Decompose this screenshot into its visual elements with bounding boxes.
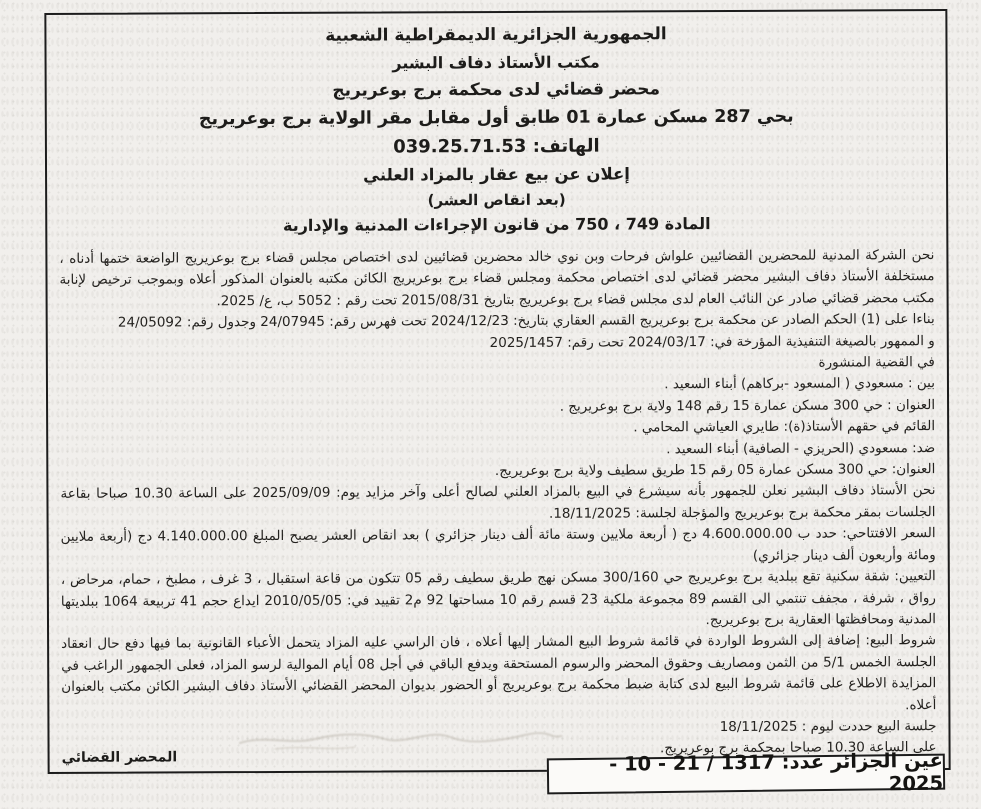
scanned-document-page: الجمهورية الجزائرية الديمقراطية الشعبية … xyxy=(0,0,981,809)
bailiff-court-line: محضر قضائي لدى محكمة برج بوعريريج xyxy=(59,80,934,101)
paragraph-sale-conditions: شروط البيع: إضافة إلى الشروط الواردة في … xyxy=(61,630,936,719)
phone-line: الهاتف: 039.25.71.53 xyxy=(59,136,934,158)
tenth-reduction-subtitle: (بعد انقاص العشر) xyxy=(59,191,934,210)
document-body: نحن الشركة المدنية للمحضرين القضائيين عل… xyxy=(59,245,936,763)
republic-title: الجمهورية الجزائرية الديمقراطية الشعبية xyxy=(58,19,933,46)
document-header: الجمهورية الجزائرية الديمقراطية الشعبية … xyxy=(58,19,934,235)
paragraph-executive-form: و الممهور بالصيغة التنفيذية المؤرخة في: … xyxy=(60,331,935,356)
office-title: مكتب الأستاذ دفاف البشير xyxy=(59,53,934,73)
legal-articles-line: المادة 749 ، 750 من قانون الإجراءات المد… xyxy=(59,215,934,235)
bailiff-signature-label: المحضر القضائي xyxy=(62,749,178,766)
paragraph-opening-price: السعر الافتتاحي: حدد ب 4.600.000.00 دج (… xyxy=(61,523,936,570)
auction-announcement-title: إعلان عن بيع عقار بالمزاد العلني xyxy=(59,165,934,185)
newspaper-issue-box: عين الجزائر عدد: 1317 / 21 - 10 - 2025 xyxy=(547,754,945,795)
paragraph-bailiffs-intro: نحن الشركة المدنية للمحضرين القضائيين عل… xyxy=(59,245,934,313)
office-address-line: بحي 287 مسكن عمارة 01 طابق أول مقابل مقر… xyxy=(59,108,934,129)
paragraph-property-designation: التعيين: شقة سكنية تقع ببلدية برج بوعرير… xyxy=(61,566,936,634)
paragraph-auction-date: نحن الأستاذ دفاف البشير نعلن للجمهور بأن… xyxy=(60,481,935,528)
document-frame: الجمهورية الجزائرية الديمقراطية الشعبية … xyxy=(44,9,950,774)
